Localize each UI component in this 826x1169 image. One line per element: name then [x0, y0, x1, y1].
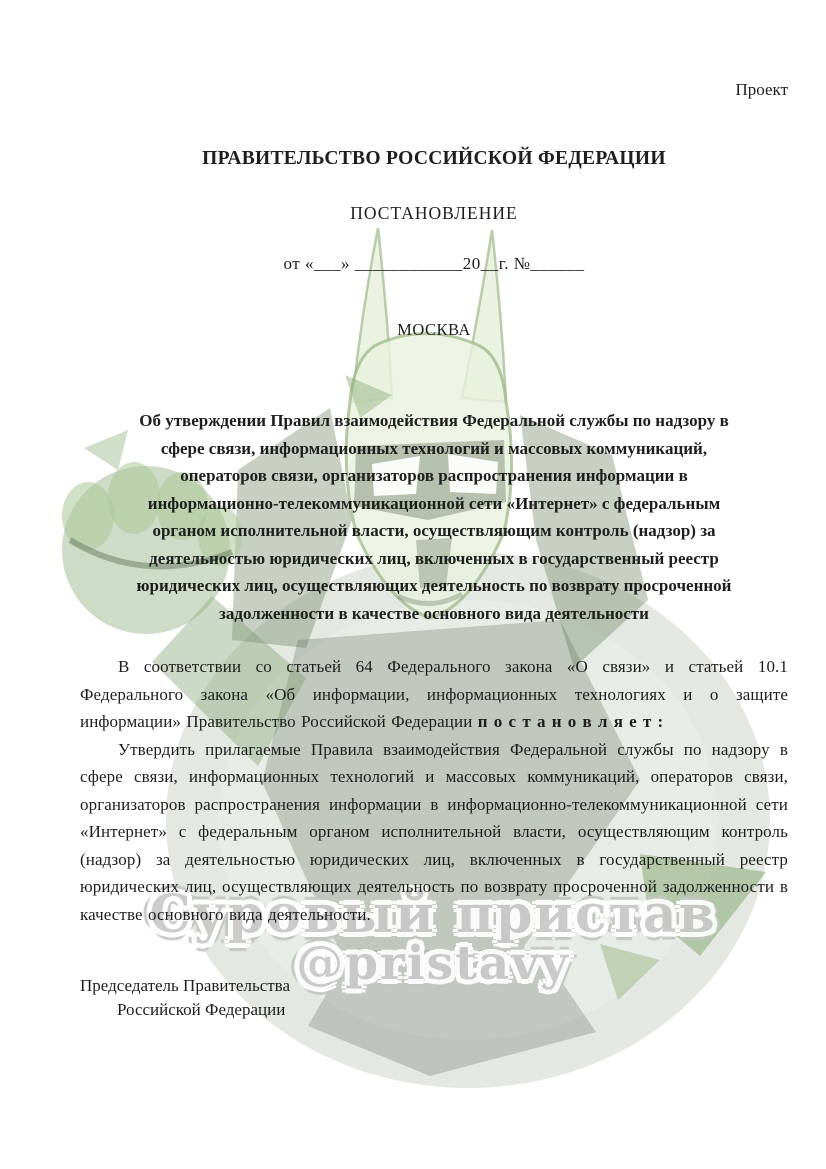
intro-paragraph: В соответствии со статьей 64 Федеральног…: [80, 653, 788, 736]
subject-title: Об утверждении Правил взаимодействия Фед…: [80, 407, 788, 627]
subject-title-line: операторов связи, организаторов распрост…: [80, 462, 788, 490]
resolves-emphasis: п о с т а н о в л я е т :: [478, 712, 664, 731]
subject-title-line: Об утверждении Правил взаимодействия Фед…: [80, 407, 788, 435]
authority-heading: ПРАВИТЕЛЬСТВО РОССИЙСКОЙ ФЕДЕРАЦИИ: [80, 147, 788, 171]
signature-title-line-1: Председатель Правительства: [80, 974, 788, 998]
subject-title-line: сфере связи, информационных технологий и…: [80, 435, 788, 463]
document-page: Суровый пристав @pristavy Проект ПРАВИТЕ…: [0, 0, 826, 1169]
date-number-line: от «___» ____________20__г. №______: [80, 253, 788, 275]
doc-type-heading: ПОСТАНОВЛЕНИЕ: [80, 202, 788, 224]
subject-title-line: органом исполнительной власти, осуществл…: [80, 517, 788, 545]
subject-title-line: информационно-телекоммуникационной сети …: [80, 490, 788, 518]
resolution-paragraph: Утвердить прилагаемые Правила взаимодейс…: [80, 736, 788, 929]
signature-title-line-2: Российской Федерации: [80, 998, 788, 1022]
city-label: МОСКВА: [80, 319, 788, 340]
document-content: Проект ПРАВИТЕЛЬСТВО РОССИЙСКОЙ ФЕДЕРАЦИ…: [0, 0, 826, 1169]
signature-block: Председатель Правительства Российской Фе…: [80, 974, 788, 1022]
subject-title-line: юридических лиц, осуществляющих деятельн…: [80, 572, 788, 600]
subject-title-line: деятельностью юридических лиц, включенны…: [80, 545, 788, 573]
draft-label: Проект: [80, 80, 788, 100]
intro-paragraph-text: В соответствии со статьей 64 Федеральног…: [80, 657, 788, 731]
subject-title-line: задолженности в качестве основного вида …: [80, 600, 788, 628]
